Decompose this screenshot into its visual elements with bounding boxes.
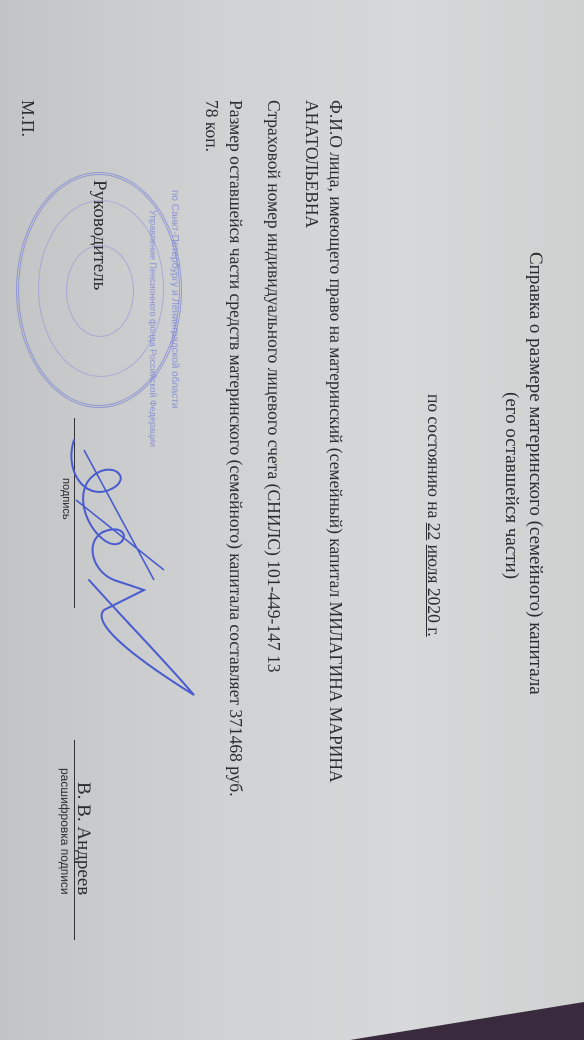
handwritten-signature <box>64 430 204 710</box>
holder-name-first: МИЛАГИНА МАРИНА <box>326 602 346 783</box>
decoding-caption: расшифровка подписи <box>58 768 72 895</box>
as-of-date: по состоянию на 22 июля 2020 г. <box>423 394 444 637</box>
snils-value: 101-449-147 13 <box>264 560 284 672</box>
document-title: Справка о размере материнского (семейног… <box>524 252 546 695</box>
snils-line: Страховой номер индивидуального лицевого… <box>263 100 284 673</box>
as-of-day: 22 <box>424 523 444 541</box>
stamp-inner-text: Управление Пенсионного фонда Российской … <box>148 210 158 447</box>
stamp-outer-text: по Санкт-Петербургу и Ленинградской обла… <box>169 190 180 409</box>
signer-name: В. В. Андреев <box>72 782 94 895</box>
document-subtitle: (его оставшейся части) <box>500 392 522 579</box>
as-of-prefix: по состоянию на <box>424 394 444 518</box>
remaining-kop: 78 коп. <box>201 100 222 152</box>
decoding-line <box>74 740 75 940</box>
snils-label: Страховой номер индивидуального лицевого… <box>264 100 284 556</box>
certificate-page: Справка о размере материнского (семейног… <box>0 0 584 1040</box>
holder-name-patronymic: АНАТОЛЬЕВНА <box>301 100 322 228</box>
seal-place-label: М.П. <box>17 100 38 137</box>
holder-label: Ф.И.О лица, имеющего право на матерински… <box>326 100 346 597</box>
remaining-amount-text: Размер оставшейся части средств материнс… <box>225 100 246 797</box>
role-label: Руководитель <box>88 180 110 290</box>
as-of-month-year: июля 2020 г. <box>424 545 444 637</box>
holder-line: Ф.И.О лица, имеющего право на матерински… <box>325 100 346 783</box>
